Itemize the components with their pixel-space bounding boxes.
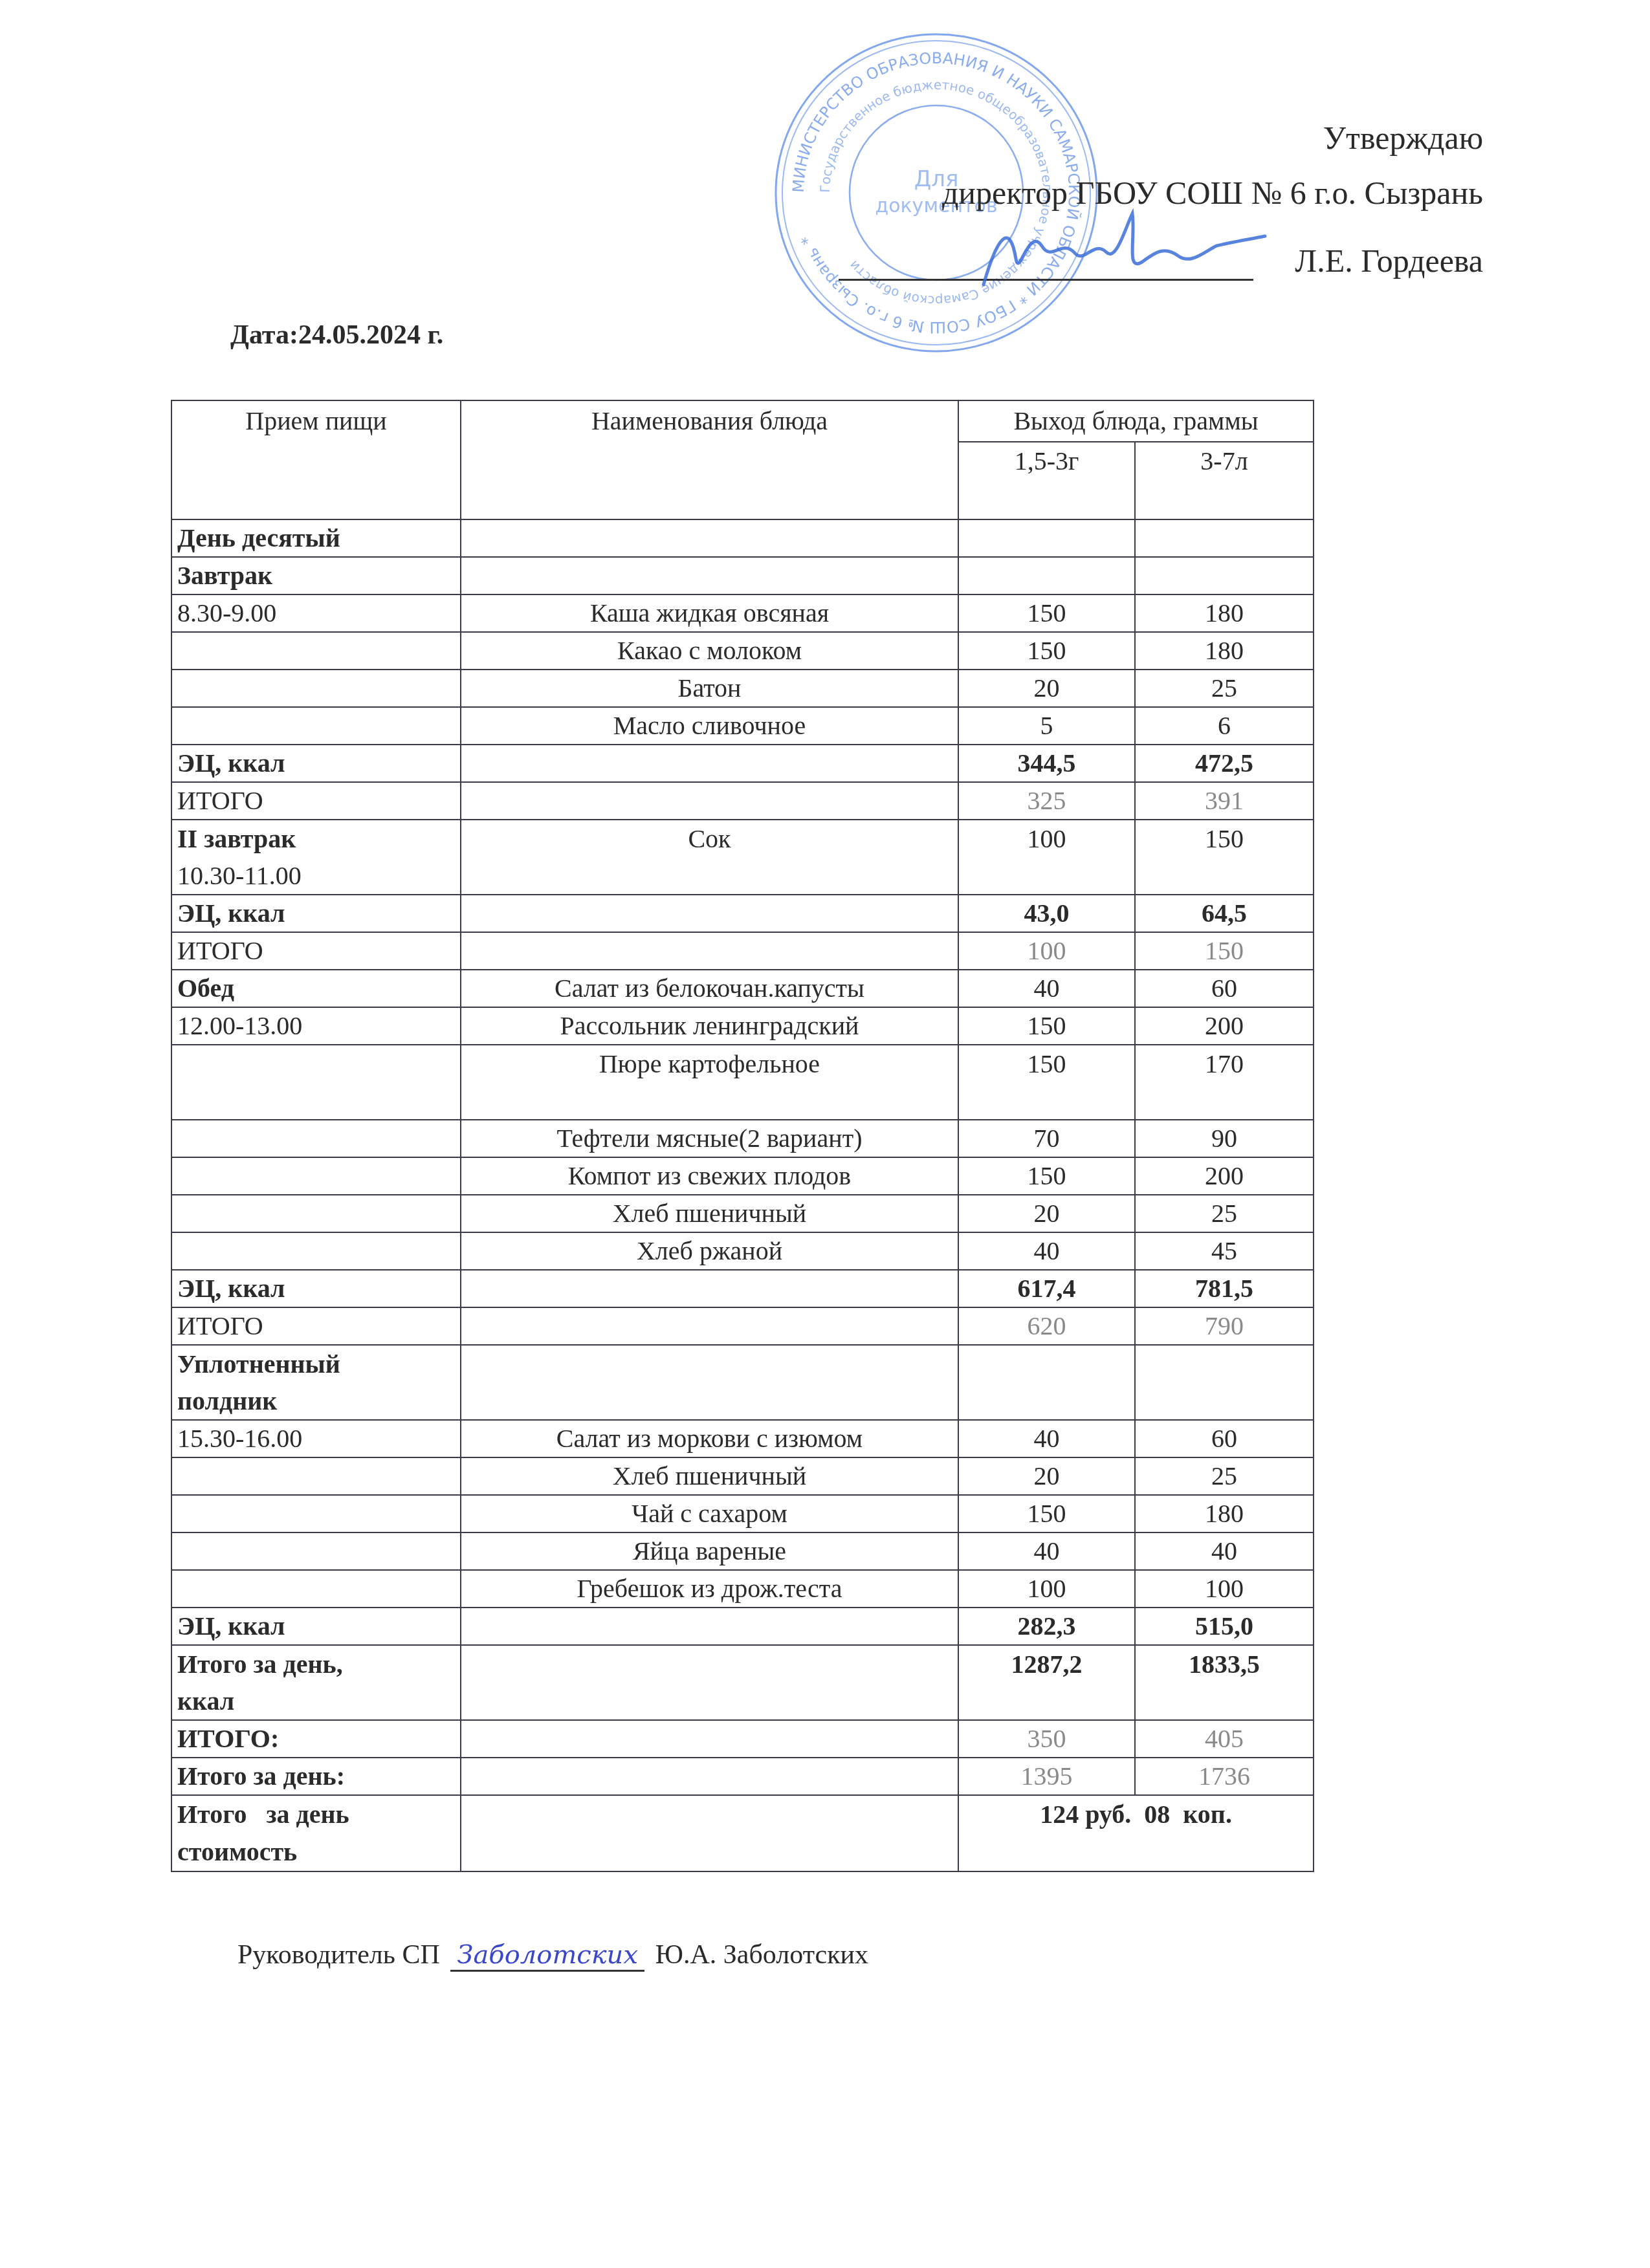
yield-age-2 bbox=[1135, 557, 1314, 594]
meal-cell: ЭЦ, ккал bbox=[171, 895, 461, 932]
yield-age-1: 5 bbox=[958, 707, 1135, 745]
table-row: ИТОГО100150 bbox=[171, 932, 1314, 970]
dish-name bbox=[461, 745, 958, 782]
yield-age-1: 20 bbox=[958, 670, 1135, 707]
approval-signature-line bbox=[839, 279, 1253, 281]
meal-cell: ИТОГО bbox=[171, 1307, 461, 1345]
cost-label-line1: Итого за день bbox=[177, 1796, 455, 1833]
meal-cell bbox=[171, 1570, 461, 1608]
meal-cell bbox=[171, 1457, 461, 1495]
table-row: Гребешок из дрож.теста100100 bbox=[171, 1570, 1314, 1608]
dish-name bbox=[461, 1645, 958, 1720]
table-row: 12.00-13.00Рассольник ленинградский15020… bbox=[171, 1007, 1314, 1045]
yield-age-1: 40 bbox=[958, 1532, 1135, 1570]
meal-cell: ЭЦ, ккал bbox=[171, 1608, 461, 1645]
dish-name: Сок bbox=[461, 820, 958, 895]
yield-age-1: 70 bbox=[958, 1120, 1135, 1157]
dish-name bbox=[461, 895, 958, 932]
table-row: ОбедСалат из белокочан.капусты4060 bbox=[171, 970, 1314, 1007]
dish-name: Чай с сахаром bbox=[461, 1495, 958, 1532]
yield-age-2: 200 bbox=[1135, 1157, 1314, 1195]
meal-cell: 8.30-9.00 bbox=[171, 594, 461, 632]
yield-age-1: 100 bbox=[958, 932, 1135, 970]
table-row: ИТОГО620790 bbox=[171, 1307, 1314, 1345]
yield-age-2: 781,5 bbox=[1135, 1270, 1314, 1307]
header-age-2: 3-7л bbox=[1135, 442, 1314, 519]
table-row: ЭЦ, ккал43,064,5 bbox=[171, 895, 1314, 932]
yield-age-1: 620 bbox=[958, 1307, 1135, 1345]
meal-label: 15.30-16.00 bbox=[177, 1421, 455, 1457]
yield-age-2: 150 bbox=[1135, 820, 1314, 895]
yield-age-2: 180 bbox=[1135, 594, 1314, 632]
dish-name: Хлеб ржаной bbox=[461, 1232, 958, 1270]
table-row: День десятый bbox=[171, 519, 1314, 557]
footer-signature: Заболотских bbox=[450, 1940, 644, 1972]
yield-age-2: 515,0 bbox=[1135, 1608, 1314, 1645]
dish-name: Батон bbox=[461, 670, 958, 707]
meal-time: полдник bbox=[177, 1382, 455, 1419]
meal-label: Завтрак bbox=[177, 558, 455, 594]
yield-age-2: 170 bbox=[1135, 1045, 1314, 1120]
yield-age-1: 100 bbox=[958, 1570, 1135, 1608]
footer-name: Ю.А. Заболотских bbox=[655, 1940, 868, 1970]
meal-label: II завтрак bbox=[177, 820, 455, 857]
yield-age-2: 64,5 bbox=[1135, 895, 1314, 932]
table-row: II завтрак10.30-11.00Сок100150 bbox=[171, 820, 1314, 895]
yield-age-2: 180 bbox=[1135, 632, 1314, 670]
yield-age-1: 282,3 bbox=[958, 1608, 1135, 1645]
cost-label-line2: стоимость bbox=[177, 1833, 455, 1871]
dish-name: Яйца вареные bbox=[461, 1532, 958, 1570]
table-row: Чай с сахаром150180 bbox=[171, 1495, 1314, 1532]
cost-row: Итого за деньстоимость124 руб. 08 коп. bbox=[171, 1795, 1314, 1871]
dish-name bbox=[461, 1720, 958, 1758]
yield-age-2: 45 bbox=[1135, 1232, 1314, 1270]
dish-name bbox=[461, 519, 958, 557]
dish-name: Хлеб пшеничный bbox=[461, 1457, 958, 1495]
yield-age-2: 150 bbox=[1135, 932, 1314, 970]
dish-name: Компот из свежих плодов bbox=[461, 1157, 958, 1195]
meal-label: ЭЦ, ккал bbox=[177, 1270, 455, 1307]
yield-age-1: 617,4 bbox=[958, 1270, 1135, 1307]
dish-name: Какао с молоком bbox=[461, 632, 958, 670]
table-row: Масло сливочное56 bbox=[171, 707, 1314, 745]
meal-label: ИТОГО: bbox=[177, 1721, 455, 1757]
yield-age-2: 25 bbox=[1135, 670, 1314, 707]
table-row: Какао с молоком150180 bbox=[171, 632, 1314, 670]
table-row: Батон2025 bbox=[171, 670, 1314, 707]
table-row: Хлеб ржаной4045 bbox=[171, 1232, 1314, 1270]
dish-name: Салат из моркови с изюмом bbox=[461, 1420, 958, 1457]
meal-cell: Завтрак bbox=[171, 557, 461, 594]
meal-label: ИТОГО bbox=[177, 1308, 455, 1344]
yield-age-1: 40 bbox=[958, 1420, 1135, 1457]
table-row: 8.30-9.00Каша жидкая овсяная150180 bbox=[171, 594, 1314, 632]
header-age-1: 1,5-3г bbox=[958, 442, 1135, 519]
yield-age-2: 60 bbox=[1135, 970, 1314, 1007]
dish-name: Салат из белокочан.капусты bbox=[461, 970, 958, 1007]
meal-cell: ИТОГО bbox=[171, 782, 461, 820]
meal-label: ИТОГО bbox=[177, 933, 455, 969]
meal-label: 12.00-13.00 bbox=[177, 1008, 455, 1044]
table-row: Компот из свежих плодов150200 bbox=[171, 1157, 1314, 1195]
meal-cell: II завтрак10.30-11.00 bbox=[171, 820, 461, 895]
dish-name bbox=[461, 932, 958, 970]
yield-age-1: 350 bbox=[958, 1720, 1135, 1758]
table-row: Хлеб пшеничный2025 bbox=[171, 1457, 1314, 1495]
table-row: ИТОГО325391 bbox=[171, 782, 1314, 820]
yield-age-1: 20 bbox=[958, 1195, 1135, 1232]
meal-cell bbox=[171, 1045, 461, 1120]
table-header-row: Прием пищи Наименования блюда Выход блюд… bbox=[171, 400, 1314, 442]
cost-value: 124 руб. 08 коп. bbox=[958, 1795, 1314, 1871]
header-dish: Наименования блюда bbox=[461, 400, 958, 519]
meal-label: ЭЦ, ккал bbox=[177, 1608, 455, 1644]
table-row: Завтрак bbox=[171, 557, 1314, 594]
meal-cell bbox=[171, 670, 461, 707]
meal-label: День десятый bbox=[177, 520, 455, 556]
dish-name bbox=[461, 557, 958, 594]
yield-age-2 bbox=[1135, 519, 1314, 557]
meal-label: Итого за день: bbox=[177, 1758, 455, 1794]
yield-age-2: 100 bbox=[1135, 1570, 1314, 1608]
meal-label: Итого за день, bbox=[177, 1646, 455, 1683]
yield-age-2: 1736 bbox=[1135, 1758, 1314, 1795]
meal-label: ЭЦ, ккал bbox=[177, 895, 455, 932]
yield-age-2: 1833,5 bbox=[1135, 1645, 1314, 1720]
table-row: Итого за день:13951736 bbox=[171, 1758, 1314, 1795]
meal-label: 8.30-9.00 bbox=[177, 595, 455, 631]
meal-cell bbox=[171, 1120, 461, 1157]
dish-name: Гребешок из дрож.теста bbox=[461, 1570, 958, 1608]
yield-age-1 bbox=[958, 1345, 1135, 1420]
approval-name: Л.Е. Гордеева bbox=[1295, 245, 1483, 277]
meal-cell: 12.00-13.00 bbox=[171, 1007, 461, 1045]
yield-age-2: 391 bbox=[1135, 782, 1314, 820]
yield-age-1: 40 bbox=[958, 970, 1135, 1007]
yield-age-1: 150 bbox=[958, 632, 1135, 670]
dish-name bbox=[461, 782, 958, 820]
meal-cell bbox=[171, 632, 461, 670]
dish-name: Тефтели мясные(2 вариант) bbox=[461, 1120, 958, 1157]
director-signature bbox=[971, 201, 1268, 298]
yield-age-1: 100 bbox=[958, 820, 1135, 895]
meal-cell: ЭЦ, ккал bbox=[171, 1270, 461, 1307]
approval-title: Утверждаю bbox=[1323, 122, 1483, 154]
meal-label: ЭЦ, ккал bbox=[177, 745, 455, 781]
header-meal: Прием пищи bbox=[171, 400, 461, 519]
table-row: ЭЦ, ккал344,5472,5 bbox=[171, 745, 1314, 782]
meal-cell bbox=[171, 1532, 461, 1570]
table-row: Уплотненныйполдник bbox=[171, 1345, 1314, 1420]
meal-cell bbox=[171, 1232, 461, 1270]
meal-cell: 15.30-16.00 bbox=[171, 1420, 461, 1457]
handwritten-signature-icon bbox=[971, 201, 1268, 298]
meal-time: ккал bbox=[177, 1683, 455, 1719]
yield-age-2: 25 bbox=[1135, 1457, 1314, 1495]
yield-age-2: 200 bbox=[1135, 1007, 1314, 1045]
meal-label: Обед bbox=[177, 970, 455, 1007]
yield-age-2: 790 bbox=[1135, 1307, 1314, 1345]
yield-age-2: 25 bbox=[1135, 1195, 1314, 1232]
yield-age-1: 150 bbox=[958, 1157, 1135, 1195]
header-yield: Выход блюда, граммы bbox=[958, 400, 1314, 442]
meal-cell bbox=[171, 707, 461, 745]
table-row: ЭЦ, ккал617,4781,5 bbox=[171, 1270, 1314, 1307]
yield-age-1: 150 bbox=[958, 1007, 1135, 1045]
dish-name bbox=[461, 1307, 958, 1345]
yield-age-2 bbox=[1135, 1345, 1314, 1420]
meal-cell: ИТОГО bbox=[171, 932, 461, 970]
yield-age-2: 180 bbox=[1135, 1495, 1314, 1532]
meal-cell: ЭЦ, ккал bbox=[171, 745, 461, 782]
yield-age-1: 150 bbox=[958, 1045, 1135, 1120]
table-row: ИТОГО:350405 bbox=[171, 1720, 1314, 1758]
menu-table: Прием пищи Наименования блюда Выход блюд… bbox=[171, 400, 1314, 1872]
dish-name bbox=[461, 1758, 958, 1795]
cost-label: Итого за деньстоимость bbox=[171, 1795, 461, 1871]
dish-name bbox=[461, 1608, 958, 1645]
meal-cell: День десятый bbox=[171, 519, 461, 557]
meal-cell bbox=[171, 1157, 461, 1195]
yield-age-1 bbox=[958, 557, 1135, 594]
yield-age-1: 43,0 bbox=[958, 895, 1135, 932]
table-row: Яйца вареные4040 bbox=[171, 1532, 1314, 1570]
dish-name: Хлеб пшеничный bbox=[461, 1195, 958, 1232]
meal-cell: Итого за день: bbox=[171, 1758, 461, 1795]
yield-age-2: 405 bbox=[1135, 1720, 1314, 1758]
table-row: Хлеб пшеничный2025 bbox=[171, 1195, 1314, 1232]
yield-age-2: 90 bbox=[1135, 1120, 1314, 1157]
yield-age-1: 20 bbox=[958, 1457, 1135, 1495]
yield-age-1: 150 bbox=[958, 594, 1135, 632]
table-row: 15.30-16.00Салат из моркови с изюмом4060 bbox=[171, 1420, 1314, 1457]
table-row: Итого за день,ккал1287,21833,5 bbox=[171, 1645, 1314, 1720]
meal-label: ИТОГО bbox=[177, 783, 455, 819]
dish-name: Каша жидкая овсяная bbox=[461, 594, 958, 632]
table-row: Тефтели мясные(2 вариант)7090 bbox=[171, 1120, 1314, 1157]
cost-empty-cell bbox=[461, 1795, 958, 1871]
yield-age-2: 472,5 bbox=[1135, 745, 1314, 782]
dish-name bbox=[461, 1270, 958, 1307]
meal-cell: Уплотненныйполдник bbox=[171, 1345, 461, 1420]
yield-age-1: 40 bbox=[958, 1232, 1135, 1270]
meal-cell bbox=[171, 1195, 461, 1232]
dish-name: Масло сливочное bbox=[461, 707, 958, 745]
meal-cell bbox=[171, 1495, 461, 1532]
meal-label: Уплотненный bbox=[177, 1346, 455, 1382]
yield-age-1: 325 bbox=[958, 782, 1135, 820]
dish-name: Пюре картофельное bbox=[461, 1045, 958, 1120]
yield-age-1: 1287,2 bbox=[958, 1645, 1135, 1720]
yield-age-2: 60 bbox=[1135, 1420, 1314, 1457]
yield-age-1: 344,5 bbox=[958, 745, 1135, 782]
yield-age-1 bbox=[958, 519, 1135, 557]
meal-cell: Обед bbox=[171, 970, 461, 1007]
dish-name bbox=[461, 1345, 958, 1420]
yield-age-1: 150 bbox=[958, 1495, 1135, 1532]
approval-position: директор ГБОУ СОШ № 6 г.о. Сызрань bbox=[942, 177, 1483, 209]
yield-age-1: 1395 bbox=[958, 1758, 1135, 1795]
footer-role: Руководитель СП bbox=[237, 1940, 440, 1970]
yield-age-2: 40 bbox=[1135, 1532, 1314, 1570]
table-row: ЭЦ, ккал282,3515,0 bbox=[171, 1608, 1314, 1645]
table-row: Пюре картофельное150170 bbox=[171, 1045, 1314, 1120]
yield-age-2: 6 bbox=[1135, 707, 1314, 745]
meal-time: 10.30-11.00 bbox=[177, 857, 455, 894]
meal-cell: Итого за день,ккал bbox=[171, 1645, 461, 1720]
dish-name: Рассольник ленинградский bbox=[461, 1007, 958, 1045]
meal-cell: ИТОГО: bbox=[171, 1720, 461, 1758]
menu-date: Дата:24.05.2024 г. bbox=[230, 320, 443, 351]
footer-signoff: Руководитель СП Заболотских Ю.А. Заболот… bbox=[237, 1939, 868, 1972]
